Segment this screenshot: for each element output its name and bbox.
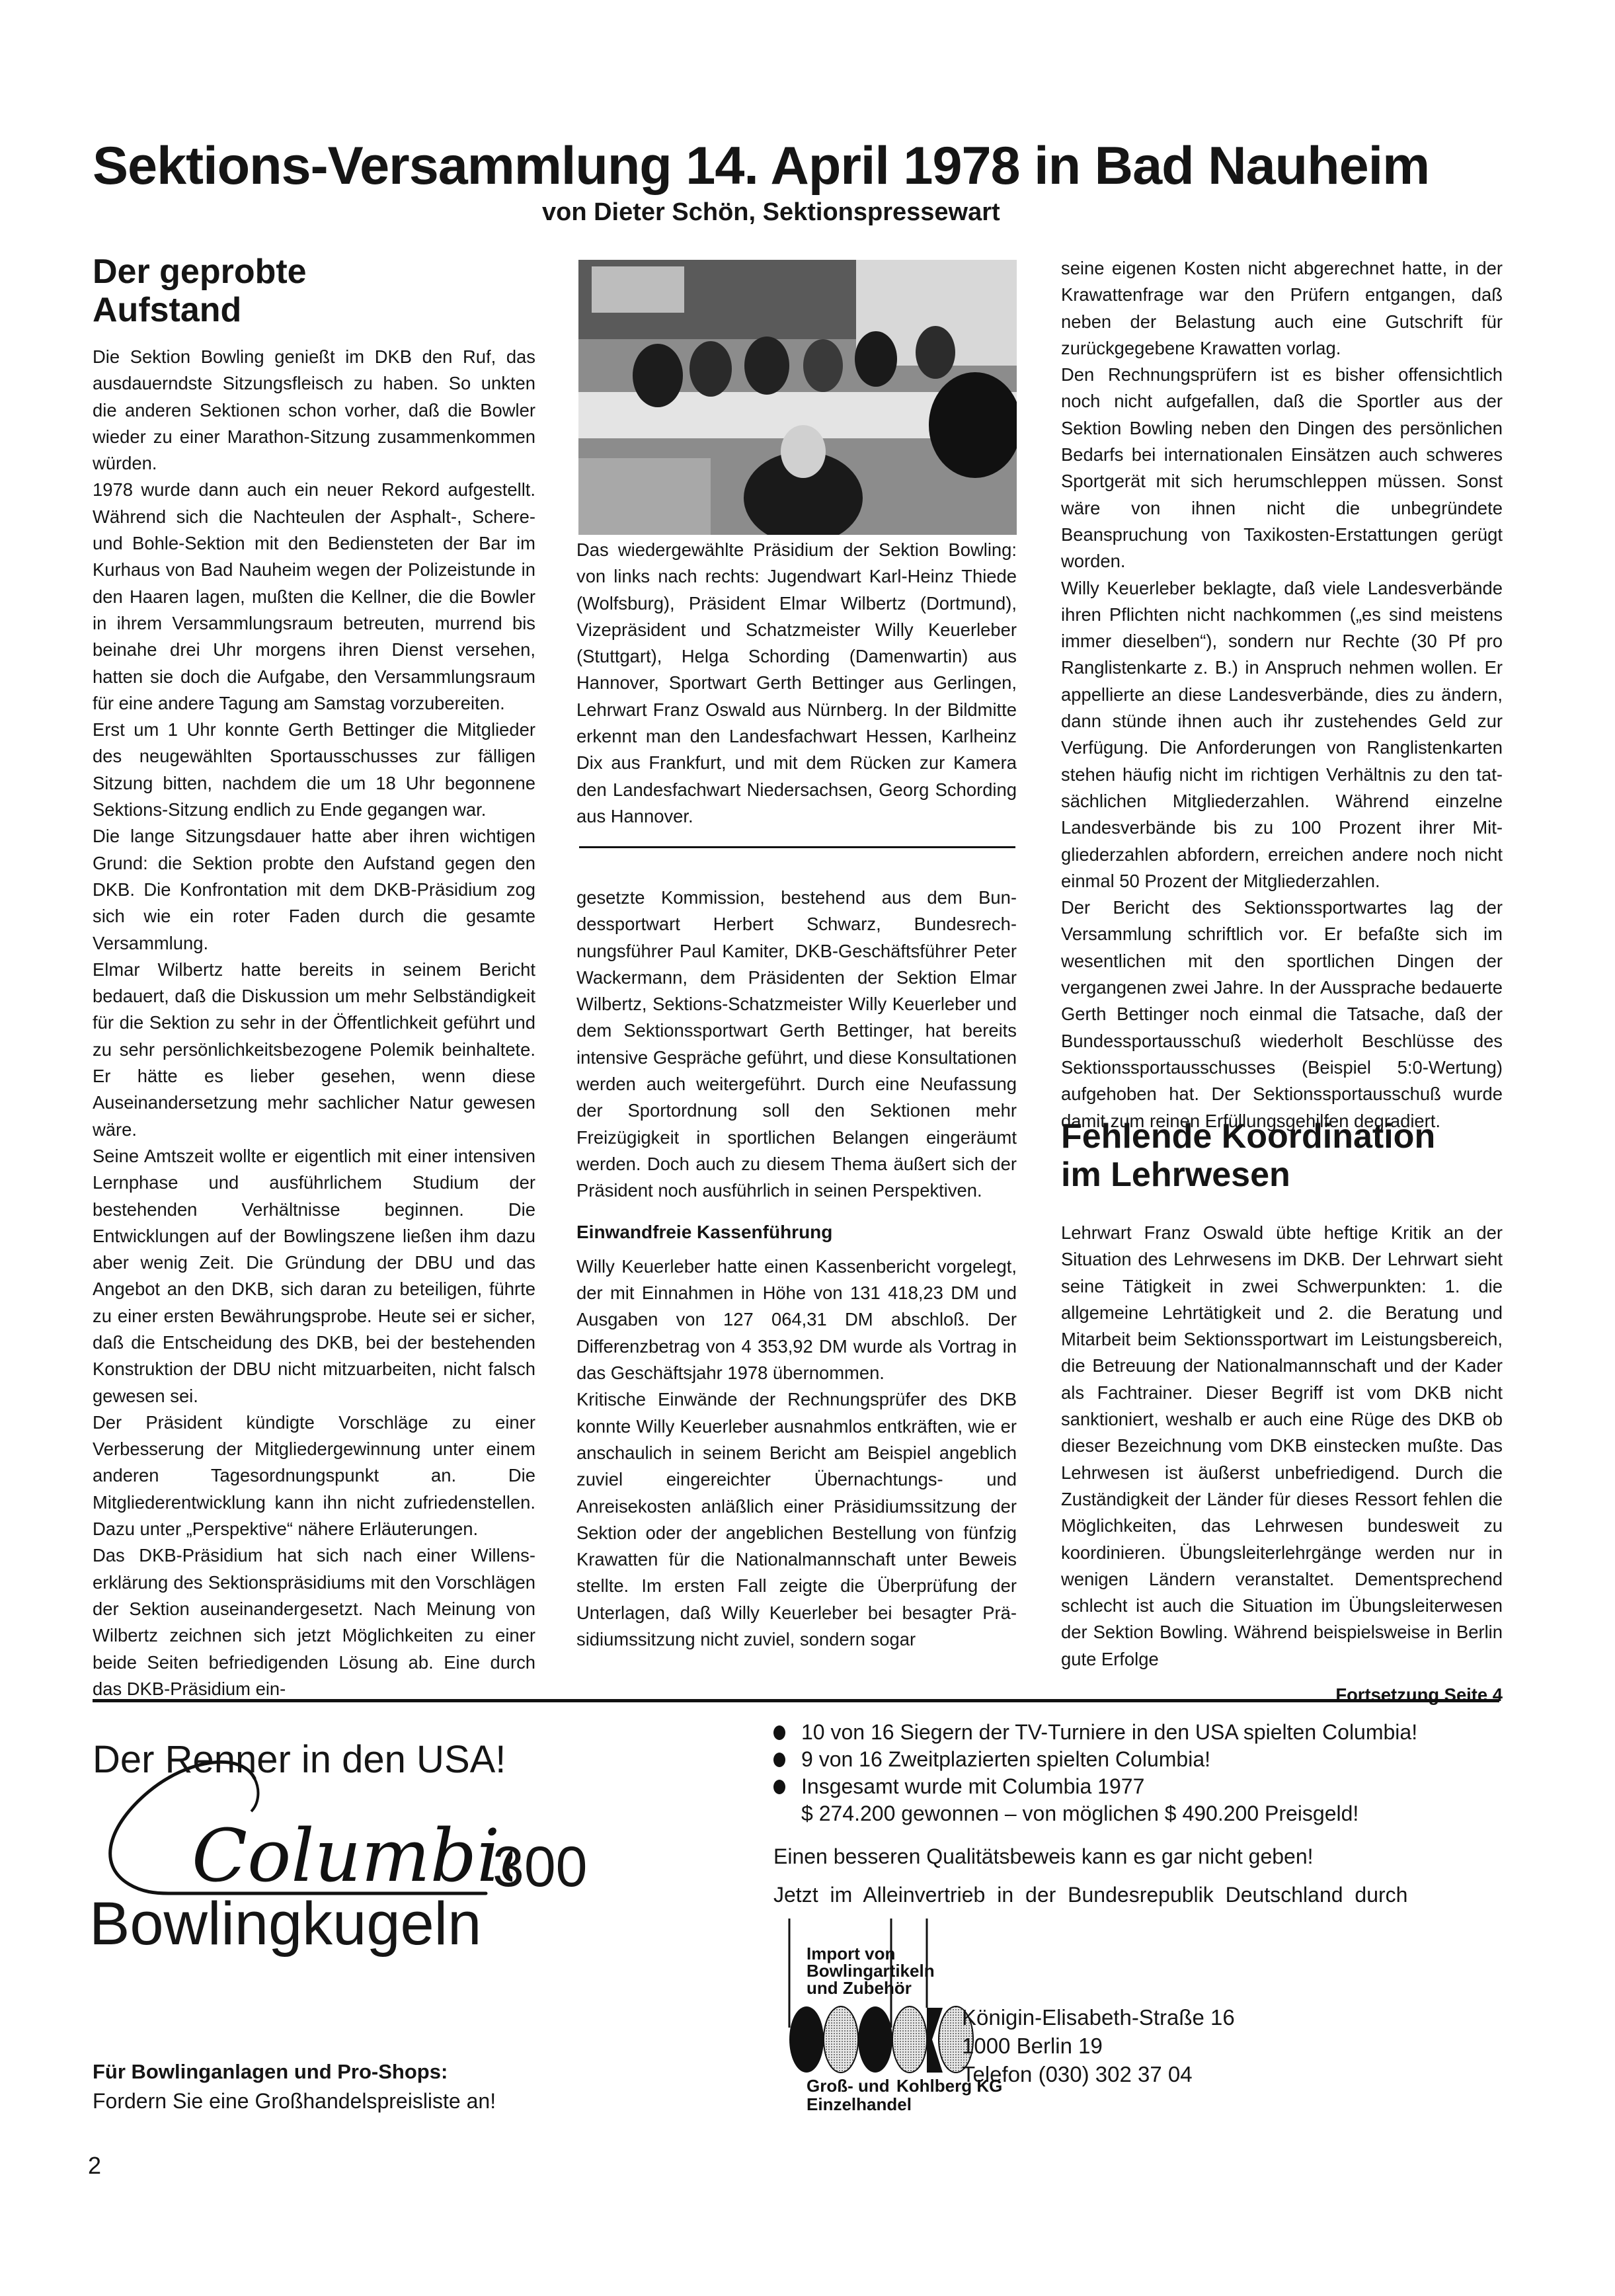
meeting-photo-illustration (578, 260, 1017, 535)
paragraph: gesetzte Kommission, bestehend aus dem B… (576, 885, 1017, 1205)
ad-divider (93, 1699, 1499, 1702)
ad-bullet: Insgesamt wurde mit Columbia 1977 (773, 1773, 1417, 1800)
article-title-koordination: Fehlende Koordination im Lehrwesen (1061, 1117, 1435, 1194)
paragraph: Seine Amtszeit wollte er eigentlich mit … (93, 1143, 535, 1409)
article-title-line1: Der geprobte (93, 253, 307, 291)
caption-divider (579, 846, 1015, 848)
columbia-script-logo: Columbia (89, 1752, 512, 1904)
company-address: Königin-Elisabeth-Straße 16 1000 Berlin … (962, 2003, 1235, 2088)
page-headline: Sektions-Versammlung 14. April 1978 in B… (93, 136, 1527, 197)
ad-bullet: 9 von 16 Zweitplazierten spielten Columb… (773, 1746, 1417, 1773)
subheading-kassenfuehrung: Einwandfreie Kassenführung (576, 1219, 1017, 1246)
paragraph: Der Bericht des Sektionssportwartes lag … (1061, 894, 1503, 1134)
caption-text: Das wiedergewählte Präsidium der Sektion… (576, 537, 1017, 830)
ad-quality-claim: Einen besseren Qualitätsbeweis kann es g… (773, 1844, 1314, 1869)
article-title-line2: Aufstand (93, 291, 307, 329)
svg-text:und Zubehör: und Zubehör (807, 1978, 912, 1998)
paragraph: Kritische Einwände der Rechnungsprüfer d… (576, 1386, 1017, 1653)
page-number: 2 (88, 2152, 101, 2180)
paragraph: seine eigenen Kosten nicht abgerechnet h… (1061, 255, 1503, 362)
paragraph: Willy Keuerleber hatte einen Kassenberic… (576, 1253, 1017, 1386)
svg-text:Einzelhandel: Einzelhandel (807, 2094, 912, 2114)
article-title-aufstand: Der geprobte Aufstand (93, 253, 307, 329)
ad-bullet: 10 von 16 Siegern der TV-Turniere in den… (773, 1719, 1417, 1746)
paragraph: Elmar Wilbertz hatte bereits in seinem B… (93, 957, 535, 1143)
ad-product: Bowlingkugeln (89, 1889, 481, 1959)
paragraph: Die lange Sitzungsdauer hatte aber ihren… (93, 823, 535, 956)
paragraph: Willy Keuerleber beklagte, daß viele Lan… (1061, 575, 1503, 895)
paragraph: Den Rechnungsprüfern ist es bisher offen… (1061, 362, 1503, 574)
address-phone: Telefon (030) 302 37 04 (962, 2060, 1235, 2088)
article-column-2: gesetzte Kommission, bestehend aus dem B… (576, 885, 1017, 1653)
paragraph: Das DKB-Präsidium hat sich nach einer Wi… (93, 1542, 535, 1702)
article-column-3: seine eigenen Kosten nicht abgerechnet h… (1061, 255, 1503, 1134)
ad-dealer-text: Fordern Sie eine Großhandelspreisliste a… (93, 2089, 496, 2114)
continued-link[interactable]: Fortsetzung Seite 4 (1061, 1682, 1503, 1708)
address-city: 1000 Berlin 19 (962, 2032, 1235, 2060)
svg-text:Groß- und: Groß- und (807, 2076, 890, 2096)
ad-bullet-continuation: $ 274.200 gewonnen – von möglichen $ 490… (773, 1800, 1417, 1827)
paragraph: Erst um 1 Uhr konnte Gerth Bettinger die… (93, 717, 535, 823)
ad-distribution: Jetzt im Alleinvertrieb in der Bundesrep… (773, 1883, 1407, 1907)
article-column-3-lehrwesen: Lehrwart Franz Oswald übte heftige Kriti… (1061, 1220, 1503, 1708)
bullet-icon (773, 1780, 785, 1794)
article-column-1: Die Sektion Bowling genießt im DKB den R… (93, 344, 535, 1702)
byline: von Dieter Schön, Sektionspressewart (542, 198, 1000, 227)
bullet-icon (773, 1725, 785, 1740)
meeting-photo (578, 260, 1017, 535)
paragraph: Der Präsident kündigte Vorschläge zu ein… (93, 1409, 535, 1542)
columbia-script-text: Columbia (192, 1813, 512, 1898)
ad-model-number: 300 (492, 1835, 588, 1900)
address-street: Königin-Elisabeth-Straße 16 (962, 2003, 1235, 2032)
article-title-line2: im Lehrwesen (1061, 1156, 1435, 1194)
ad-bullet-list: 10 von 16 Siegern der TV-Turniere in den… (773, 1719, 1417, 1827)
ad-dealer-heading: Für Bowlinganlagen und Pro-Shops: (93, 2060, 448, 2084)
article-title-line1: Fehlende Koordination (1061, 1117, 1435, 1156)
photo-caption: Das wiedergewählte Präsidium der Sektion… (576, 537, 1017, 830)
paragraph: Lehrwart Franz Oswald übte heftige Kriti… (1061, 1220, 1503, 1673)
paragraph: 1978 wurde dann auch ein neuer Rekord au… (93, 477, 535, 717)
bullet-icon (773, 1753, 785, 1767)
paragraph: Die Sektion Bowling genießt im DKB den R… (93, 344, 535, 477)
